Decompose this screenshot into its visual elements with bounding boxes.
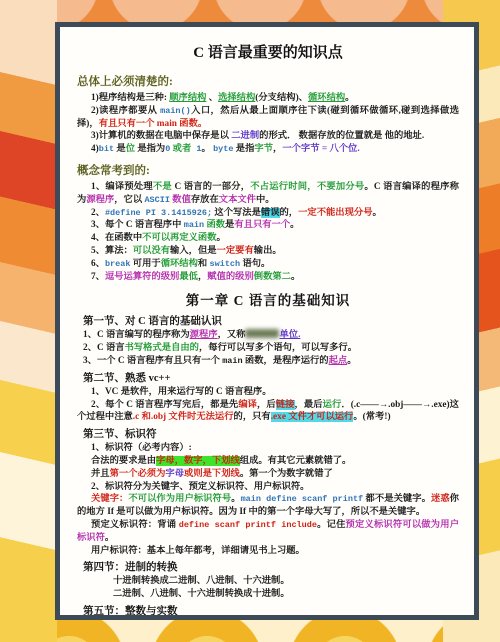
text-segment: 顺序结构 [169, 93, 206, 103]
text-segment: 是指 [233, 144, 254, 154]
text-segment: switch [210, 259, 241, 269]
text-segment: 有且只有一个 main 函数。 [99, 119, 207, 129]
text-segment: 3)计算机的数据在电脑中保存是以 [91, 131, 231, 141]
text-segment: 和 [198, 259, 210, 269]
text-segment: 3、一个 C 语言程序有且只有一个 [83, 356, 222, 366]
text-segment: 7、 [91, 272, 105, 282]
text-segment: 迷惑 [431, 494, 450, 504]
paragraph-line: 3、一个 C 语言程序有且只有一个 main 函数，是程序运行的起点。 [77, 355, 459, 368]
text-segment: main() [160, 106, 191, 116]
text-segment: 1、VC 是软件，用来运行写的 C 语言程序。 [91, 387, 272, 397]
text-segment: 合法的要求是由 [91, 456, 156, 466]
text-segment: 源程序 [190, 330, 218, 340]
text-segment: 数值 [170, 195, 191, 205]
text-segment: 二进制 [231, 131, 259, 141]
text-segment: 运行 [323, 400, 342, 410]
text-segment: 是指为 [135, 144, 165, 154]
text-segment: 的， [280, 208, 299, 218]
paragraph-line: 4)bit 是位 是指为0 或者 1。 byte 是指字节，一个字节 = 八个位… [77, 143, 459, 156]
decor-left-ray-stripes [0, 0, 57, 642]
document-page: C 语言最重要的知识点总体上必须清楚的:1)程序结构是三种: 顺序结构 、选择结… [55, 22, 479, 620]
text-segment: 1、标识符（必考内容）: [91, 443, 192, 453]
text-segment: 1)程序结构是三种: [91, 93, 169, 103]
paragraph-line: 2、标识符分为关键字、预定义标识符、用户标识符。 [77, 481, 459, 494]
text-segment: 。第一个为数字就错了 [240, 469, 333, 479]
text-segment: 单位. [279, 330, 300, 340]
text-segment: 一定不能出现分号 [298, 208, 372, 218]
text-segment: 是 [225, 220, 234, 230]
document-content: C 语言最重要的知识点总体上必须清楚的:1)程序结构是三种: 顺序结构 、选择结… [77, 41, 459, 620]
text-segment: 字母，数字，下划线 [156, 456, 240, 466]
text-segment: 输入 [170, 246, 189, 256]
text-segment: 预定义标识符：背诵 [91, 520, 179, 530]
subsection-heading: 第二节、熟悉 vc++ [83, 370, 459, 385]
text-segment: 最低 [179, 272, 198, 282]
text-segment: 。 [347, 356, 356, 366]
paragraph-line: 用户标识符：基本上每年都考，详细请见书上习题。 [77, 545, 459, 558]
subsection-heading: 第四节：进制的转换 [83, 559, 459, 574]
text-segment: ，它以 [114, 195, 144, 205]
text-segment: 有且只有一个 [234, 220, 290, 230]
paragraph-line: 1)程序结构是三种: 顺序结构 、选择结构(分支结构)、循环结构。 [77, 92, 459, 105]
text-segment: 。 [345, 93, 354, 103]
text-segment: 书写格式是自由的 [125, 343, 199, 353]
text-segment: 。 [217, 233, 226, 243]
text-segment: 2、标识符分为关键字、预定义标识符、用户标识符。 [91, 482, 309, 492]
section-heading: 概念常考到的: [77, 162, 459, 178]
paragraph-line: 1）C 语言只有八、十、十六进制，没有二进制。但是运行时候，所有的进制都要转换成… [77, 619, 459, 620]
text-segment: 可用于 [130, 259, 160, 269]
subsection-heading: 第五节：整数与实数 [83, 603, 459, 618]
text-segment: 或者 [170, 144, 191, 154]
paragraph-line: 2、C 语言书写格式是自由的，每行可以写多个语句，可以写多行。 [77, 342, 459, 355]
paragraph-line: 2、每个 C 语言程序写完后，都是先编译，后链接，最后运行．(.c——→.obj… [77, 399, 459, 425]
paragraph-line: 1、编译预处理不是 C 语言的一部分，不占运行时间，不要加分号。C 语言编译的程… [77, 181, 459, 207]
text-segment: 或则是下划线 [184, 469, 240, 479]
text-segment: 关键字： [91, 494, 128, 504]
text-segment: ，但是 [189, 246, 217, 256]
paragraph-line: 6、break 可用于循环结构和 switch 语句。 [77, 258, 459, 271]
paragraph-line: 1、标识符（必考内容）: [77, 442, 459, 455]
paragraph-line: 4、在函数中不可以再定义函数。 [77, 232, 459, 245]
text-segment: 不是 [153, 182, 172, 192]
text-segment: .c 和.obj 文件时无法运行 [133, 412, 234, 422]
text-segment: 4) [91, 144, 99, 154]
text-segment: 的形式． 数据存放的位置就是 他的地址. [259, 131, 424, 141]
text-segment: 并且 [91, 469, 110, 479]
censored-blur [245, 329, 279, 338]
paragraph-line: 关键字：不可以作为用户标识符号。main define scanf printf… [77, 493, 459, 519]
paragraph-line: 合法的要求是由字母，数字，下划线组成。有其它元素就错了。 [77, 455, 459, 468]
text-segment: 都不是关键字。 [363, 494, 431, 504]
text-segment: 中。 [256, 195, 275, 205]
text-segment: 这个写法是 [212, 208, 261, 218]
text-segment: 函数，是程序运行的 [243, 356, 329, 366]
text-segment: 输出 [254, 246, 273, 256]
text-segment: main [222, 356, 242, 366]
text-segment: 文本文件 [219, 195, 256, 205]
text-segment: 一个字节 = 八个位. [282, 144, 359, 154]
text-segment: 存放在 [191, 195, 219, 205]
text-segment: (分支结构)、 [255, 93, 308, 103]
text-segment: 语句。 [240, 259, 270, 269]
text-segment: ， [198, 272, 207, 282]
text-segment: 循环结构 [161, 259, 198, 269]
text-segment: 起点 [329, 356, 348, 366]
text-segment: 循环结构 [308, 93, 345, 103]
paragraph-line: 十进制转换成二进制、八进制、十六进制。 [113, 575, 459, 588]
text-segment: 、 [206, 93, 218, 103]
text-segment: 是 [114, 144, 126, 154]
text-segment: 第一个必须为 [110, 469, 166, 479]
text-segment: 2)读程序都要从 [91, 106, 160, 116]
text-segment: byte [213, 144, 233, 154]
text-segment: 2、C 语言 [83, 343, 125, 353]
text-segment: 。 [231, 494, 240, 504]
text-segment: 2、 [91, 208, 105, 218]
text-segment: 。 [105, 533, 114, 543]
text-segment: bit [99, 144, 114, 154]
paragraph-line: 1、VC 是软件，用来运行写的 C 语言程序。 [77, 386, 459, 399]
text-segment: 链接 [276, 400, 295, 410]
text-segment: ，最后 [295, 400, 323, 410]
text-segment: 1、C 语言编写的程序称为 [83, 330, 190, 340]
text-segment: 用户标识符：基本上每年都考，详细请见书上习题。 [91, 546, 305, 556]
screenshot-root: { "colors": { "frame_border": "#3d4b59",… [0, 0, 500, 642]
text-segment: 一定要有 [217, 246, 254, 256]
chapter-heading: 第一章 C 语言的基础知识 [77, 289, 459, 309]
text-segment: main [184, 220, 204, 230]
text-segment: 字母 [165, 469, 184, 479]
text-segment: 编译 [238, 400, 257, 410]
text-segment: 2、每个 C 语言程序写完后，都是先 [91, 400, 238, 410]
paragraph-line: 二进制、八进制、十六进制转换成十进制。 [113, 588, 459, 601]
text-segment: 函数 [204, 220, 225, 230]
text-segment: 逗号运算符的级别 [105, 272, 179, 282]
text-segment: define scanf printf include [179, 520, 317, 530]
subsection-heading: 第三节、标识符 [83, 426, 459, 441]
text-segment: 。 [291, 272, 300, 282]
text-segment: ASCII [144, 195, 170, 205]
text-segment: main define scanf printf [241, 494, 364, 504]
text-segment: 3、每个 C 语言程序中 [91, 220, 184, 230]
paragraph-line: 7、逗号运算符的级别最低，赋值的级别倒数第二。 [77, 271, 459, 284]
text-segment: 。 [272, 246, 281, 256]
text-segment: 的，只有 [234, 412, 271, 422]
text-segment: ，后 [257, 400, 276, 410]
text-segment: 可以没有 [133, 246, 170, 256]
text-segment: 字节 [254, 144, 273, 154]
paragraph-line: 2)读程序都要从 main()入口，然后从最上面顺序往下读(碰到循环做循环,碰到… [77, 105, 459, 131]
paragraph-line: 5、算法：可以没有输入，但是一定要有输出。 [77, 245, 459, 258]
paragraph-line: 1、C 语言编写的程序称为源程序，又称单位. [77, 329, 459, 342]
text-segment: 位 [126, 144, 135, 154]
text-segment: ， [273, 144, 282, 154]
paragraph-line: 3、每个 C 语言程序中 main 函数是有且只有一个。 [77, 219, 459, 232]
text-segment: 4、在函数中 [91, 233, 142, 243]
text-segment: 。记住 [317, 520, 346, 530]
text-segment: 。 [201, 144, 213, 154]
text-segment: 。 [373, 208, 382, 218]
page-title: C 语言最重要的知识点 [77, 41, 459, 62]
text-segment: 1、编译预处理 [91, 182, 153, 192]
text-segment: 不可以作为用户标识符号 [128, 494, 231, 504]
text-segment: 组成。有其它元素就错了。 [240, 456, 352, 466]
text-segment: 赋值的级别 [207, 272, 254, 282]
paragraph-line: 3)计算机的数据在电脑中保存是以 二进制的形式． 数据存放的位置就是 他的地址. [77, 130, 459, 143]
text-segment: 5、算法： [91, 246, 133, 256]
text-segment: 错误 [261, 208, 280, 218]
paragraph-line: 并且第一个必须为字母或则是下划线。第一个为数字就错了 [77, 468, 459, 481]
text-segment: C 语言的一部分， [172, 182, 250, 192]
text-segment: 。 [290, 220, 299, 230]
text-segment: 6、 [91, 259, 105, 269]
section-heading: 总体上必须清楚的: [77, 73, 459, 89]
text-segment: 十进制转换成二进制、八进制、十六进制。 [113, 576, 290, 586]
text-segment: .exe 文件才可以运行 [271, 412, 354, 422]
text-segment: 1 [191, 144, 201, 154]
text-segment: ，每行可以写多个语句，可以写多行。 [199, 343, 357, 353]
subsection-heading: 第一节、对 C 语言的基础认识 [83, 313, 459, 328]
paragraph-line: 2、#define PI 3.1415926; 这个写法是错误的，一定不能出现分… [77, 207, 459, 220]
text-segment: 选择结构 [218, 93, 255, 103]
text-segment: 不可以再定义函数 [142, 233, 216, 243]
text-segment: #define PI 3.1415926; [105, 208, 212, 218]
text-segment: 源程序 [86, 195, 114, 205]
paragraph-line: 预定义标识符：背诵 define scanf printf include。记住… [77, 519, 459, 545]
text-segment: 倒数第二 [254, 272, 291, 282]
text-segment: 不占运行时间，不要加分号 [250, 182, 364, 192]
text-segment: 。(常考!) [353, 412, 390, 422]
text-segment: break [105, 259, 131, 269]
text-segment: ，又称 [218, 330, 246, 340]
text-segment: 二进制、八进制、十六进制转换成十进制。 [113, 589, 290, 599]
